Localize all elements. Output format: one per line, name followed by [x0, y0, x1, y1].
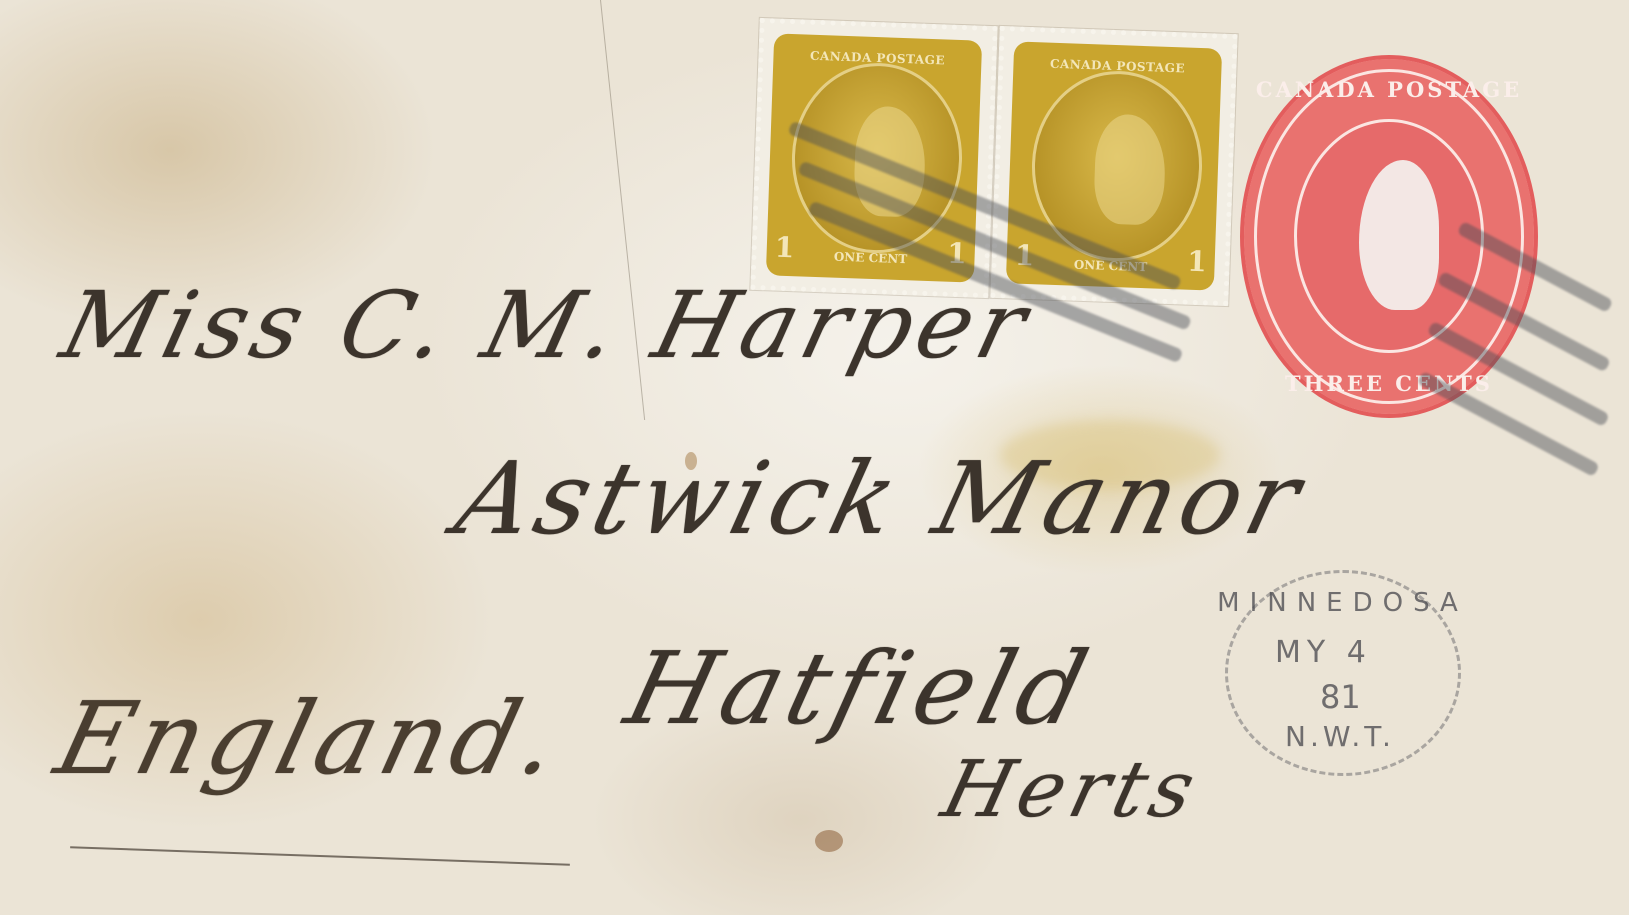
postmark-town: MINNEDOSA	[1215, 588, 1470, 618]
address-recipient: Miss C. M. Harper	[52, 272, 1043, 379]
queen-head-icon	[1093, 113, 1167, 225]
postmark: MINNEDOSA MY 4 81 N.W.T.	[1215, 570, 1470, 770]
address-county: Herts	[934, 745, 1209, 835]
envelope: CANADA POSTAGE 1 ONE CENT 1 CANADA POSTA…	[0, 0, 1629, 915]
address-town: Hatfield	[615, 630, 1103, 747]
stamp-numeral: 1	[1187, 245, 1208, 279]
postmark-territory: N.W.T.	[1285, 720, 1395, 753]
queen-head-icon	[1359, 160, 1439, 310]
postmark-date: MY 4	[1275, 635, 1372, 670]
indicium-top-label: CANADA POSTAGE	[1244, 77, 1534, 102]
country-underline	[70, 846, 570, 865]
address-house: Astwick Manor	[445, 440, 1316, 557]
address-country: England.	[45, 680, 575, 797]
indicium-inner-oval	[1294, 119, 1484, 353]
indicium-bottom-label: THREE CENTS	[1244, 371, 1534, 396]
postmark-year: 81	[1320, 678, 1361, 716]
stain	[815, 830, 843, 852]
